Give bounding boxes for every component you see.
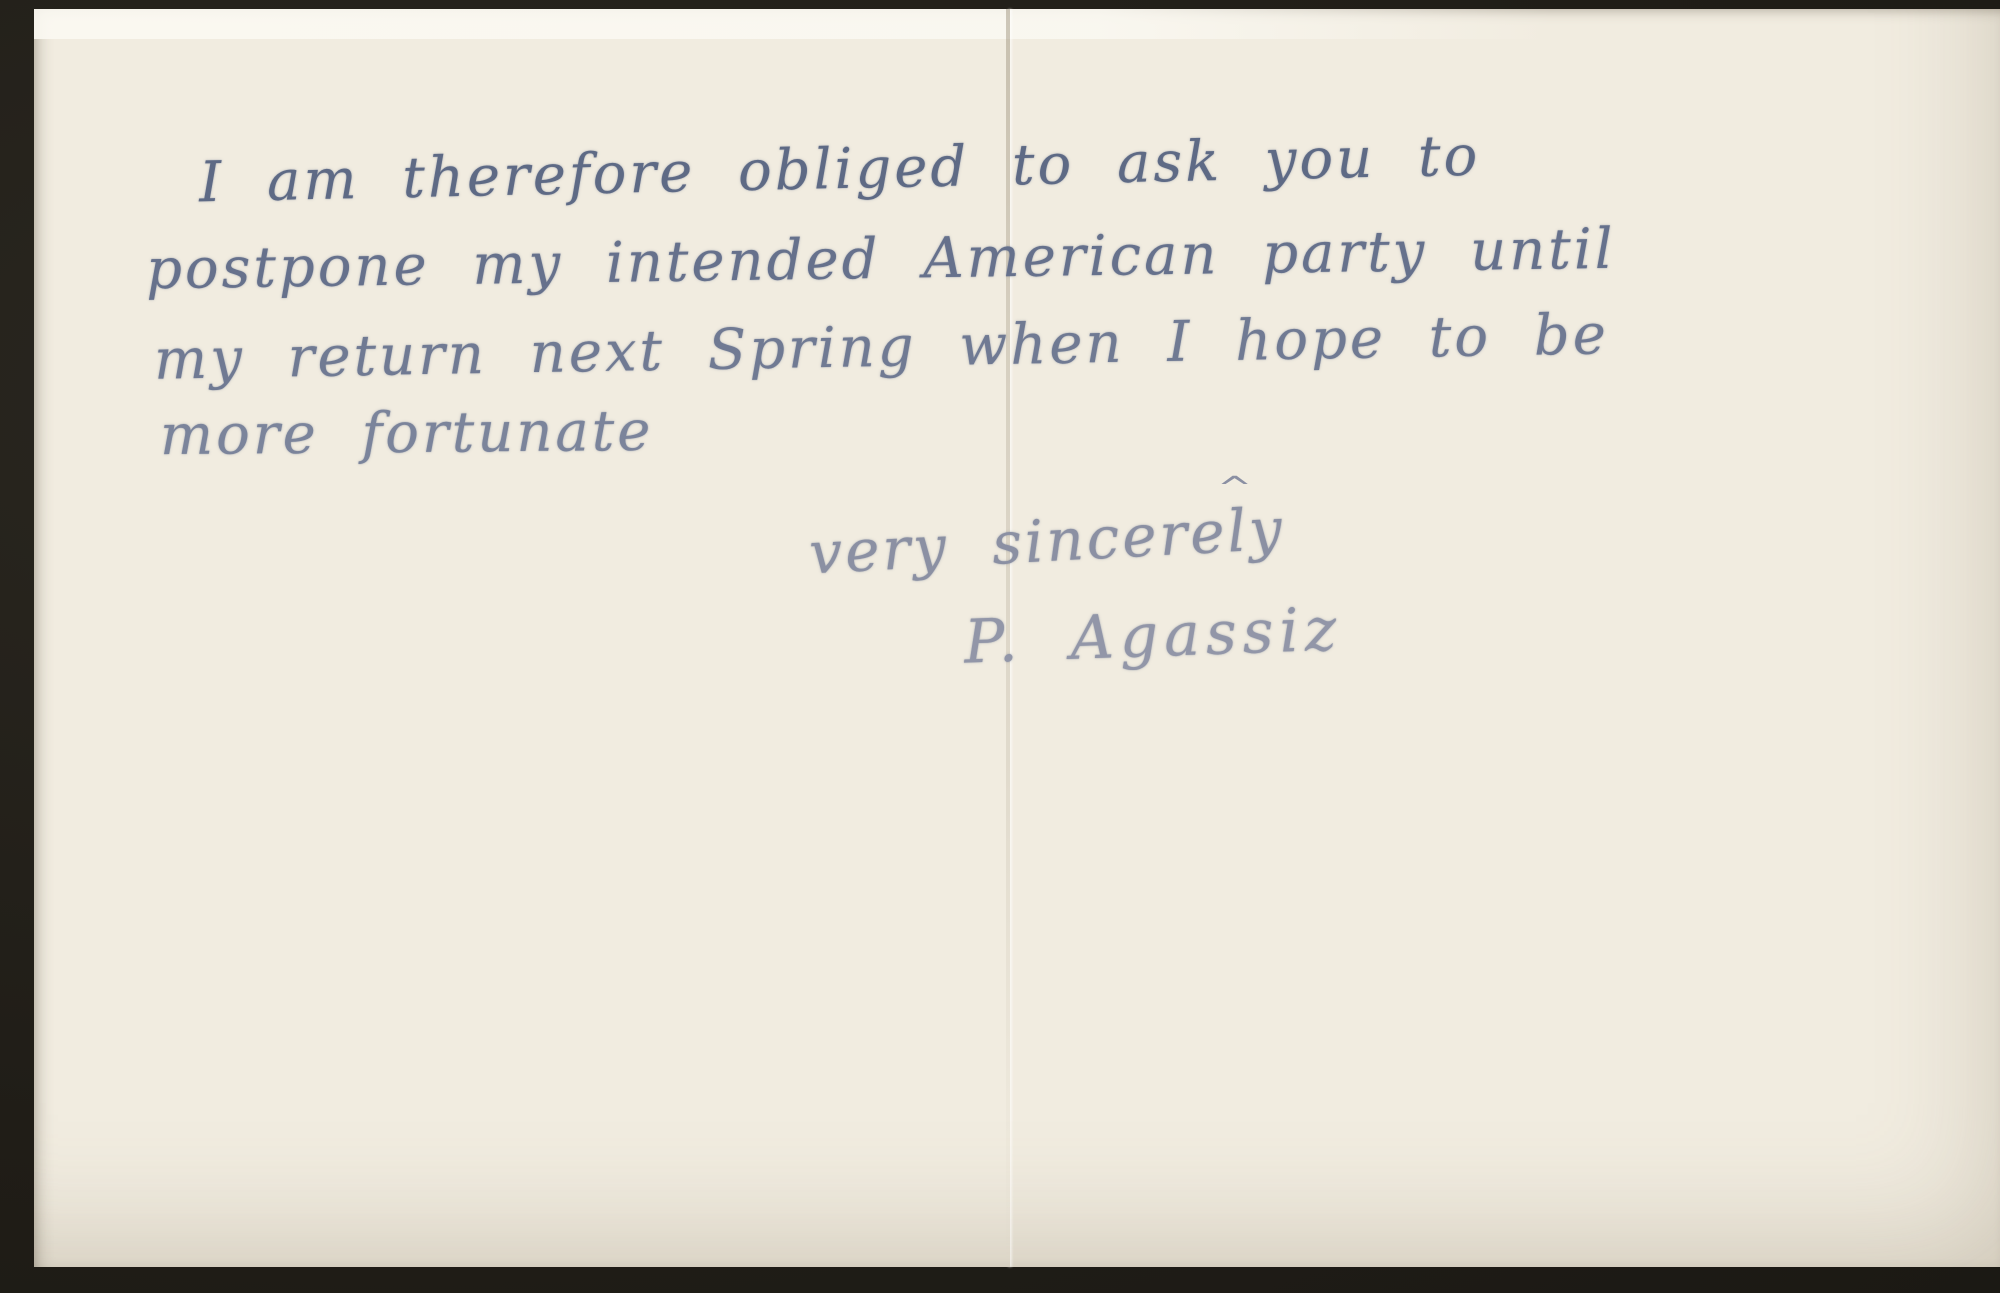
scan-background: I am therefore obliged to ask you to pos… xyxy=(0,0,2000,1293)
paper-top-edge-highlight xyxy=(34,9,1554,39)
letter-closing: very sincerely xyxy=(808,495,1287,588)
letter-signature: P. Agassiz xyxy=(963,594,1343,677)
letter-line-2: postpone my intended American party unti… xyxy=(146,217,1616,303)
letter-line-1: I am therefore obliged to ask you to xyxy=(198,124,1480,216)
letter-line-3: my return next Spring when I hope to be xyxy=(154,302,1610,392)
letter-line-4: more fortunate xyxy=(160,399,654,468)
letter-paper: I am therefore obliged to ask you to pos… xyxy=(34,9,2000,1267)
